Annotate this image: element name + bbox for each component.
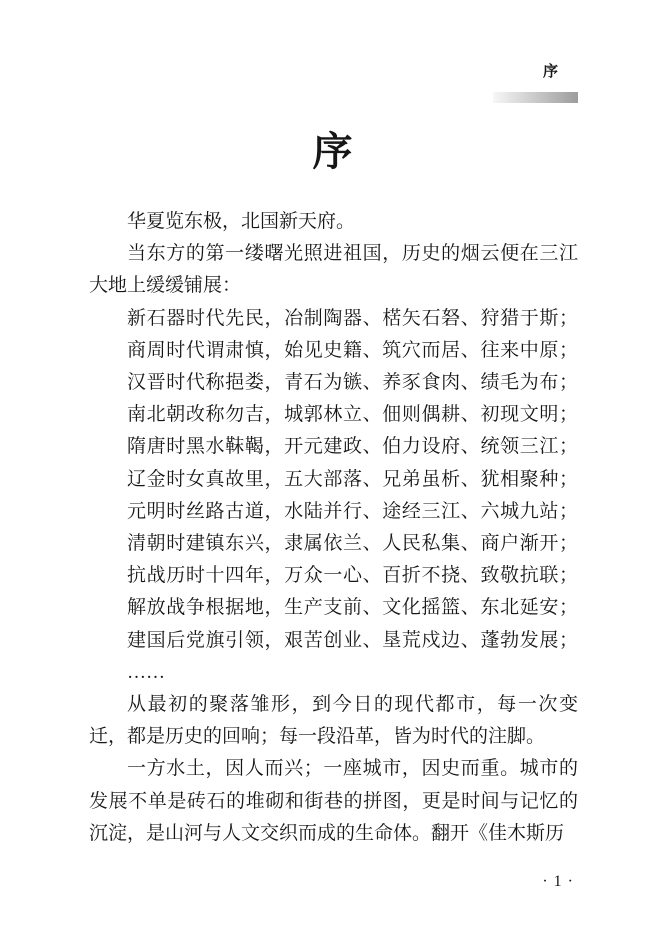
running-header-gradient-bar — [493, 92, 578, 103]
body-line: 迁，都是历史的回响；每一段沿革，皆为时代的注脚。 — [89, 721, 578, 753]
page-title: 序 — [89, 128, 578, 176]
body-line: 新石器时代先民，冶制陶器、楛矢石砮、狩猎于斯； — [89, 303, 578, 335]
body-line: 商周时代谓肃慎，始见史籍、筑穴而居、往来中原； — [89, 335, 578, 367]
body-line: 从最初的聚落雏形，到今日的现代都市，每一次变 — [89, 689, 578, 721]
body-line: 解放战争根据地，生产支前、文化摇篮、东北延安； — [89, 592, 578, 624]
body-line: 辽金时女真故里，五大部落、兄弟虽析、犹相聚种； — [89, 464, 578, 496]
body-line: 汉晋时代称挹娄，青石为镞、养豕食肉、绩毛为布； — [89, 367, 578, 399]
book-page: 序 序 华夏览东极，北国新天府。当东方的第一缕曙光照进祖国，历史的烟云便在三江大… — [0, 0, 661, 944]
body-line: 建国后党旗引领，艰苦创业、垦荒戍边、蓬勃发展； — [89, 625, 578, 657]
body-line: 发展不单是砖石的堆砌和街巷的拼图，更是时间与记忆的 — [89, 786, 578, 818]
body-line: 一方水土，因人而兴；一座城市，因史而重。城市的 — [89, 753, 578, 785]
body-line: 当东方的第一缕曙光照进祖国，历史的烟云便在三江 — [89, 238, 578, 270]
running-header: 序 — [493, 62, 578, 103]
body-line: 南北朝改称勿吉，城郭林立、佃则偶耕、初现文明； — [89, 399, 578, 431]
body-line: 清朝时建镇东兴，隶属依兰、人民私集、商户渐开； — [89, 528, 578, 560]
body-line: 沉淀，是山河与人文交织而成的生命体。翻开《佳木斯历 — [89, 818, 578, 850]
body-line: 抗战历时十四年，万众一心、百折不挠、致敬抗联； — [89, 560, 578, 592]
page-number: · 1 · — [542, 872, 574, 892]
body-text: 华夏览东极，北国新天府。当东方的第一缕曙光照进祖国，历史的烟云便在三江大地上缓缓… — [89, 206, 578, 850]
body-line: 隋唐时黑水靺鞨，开元建政、伯力设府、统领三江； — [89, 431, 578, 463]
body-line: …… — [89, 657, 578, 689]
body-line: 大地上缓缓铺展： — [89, 270, 578, 302]
running-header-title: 序 — [493, 62, 578, 81]
body-line: 华夏览东极，北国新天府。 — [89, 206, 578, 238]
body-line: 元明时丝路古道，水陆并行、途经三江、六城九站； — [89, 496, 578, 528]
